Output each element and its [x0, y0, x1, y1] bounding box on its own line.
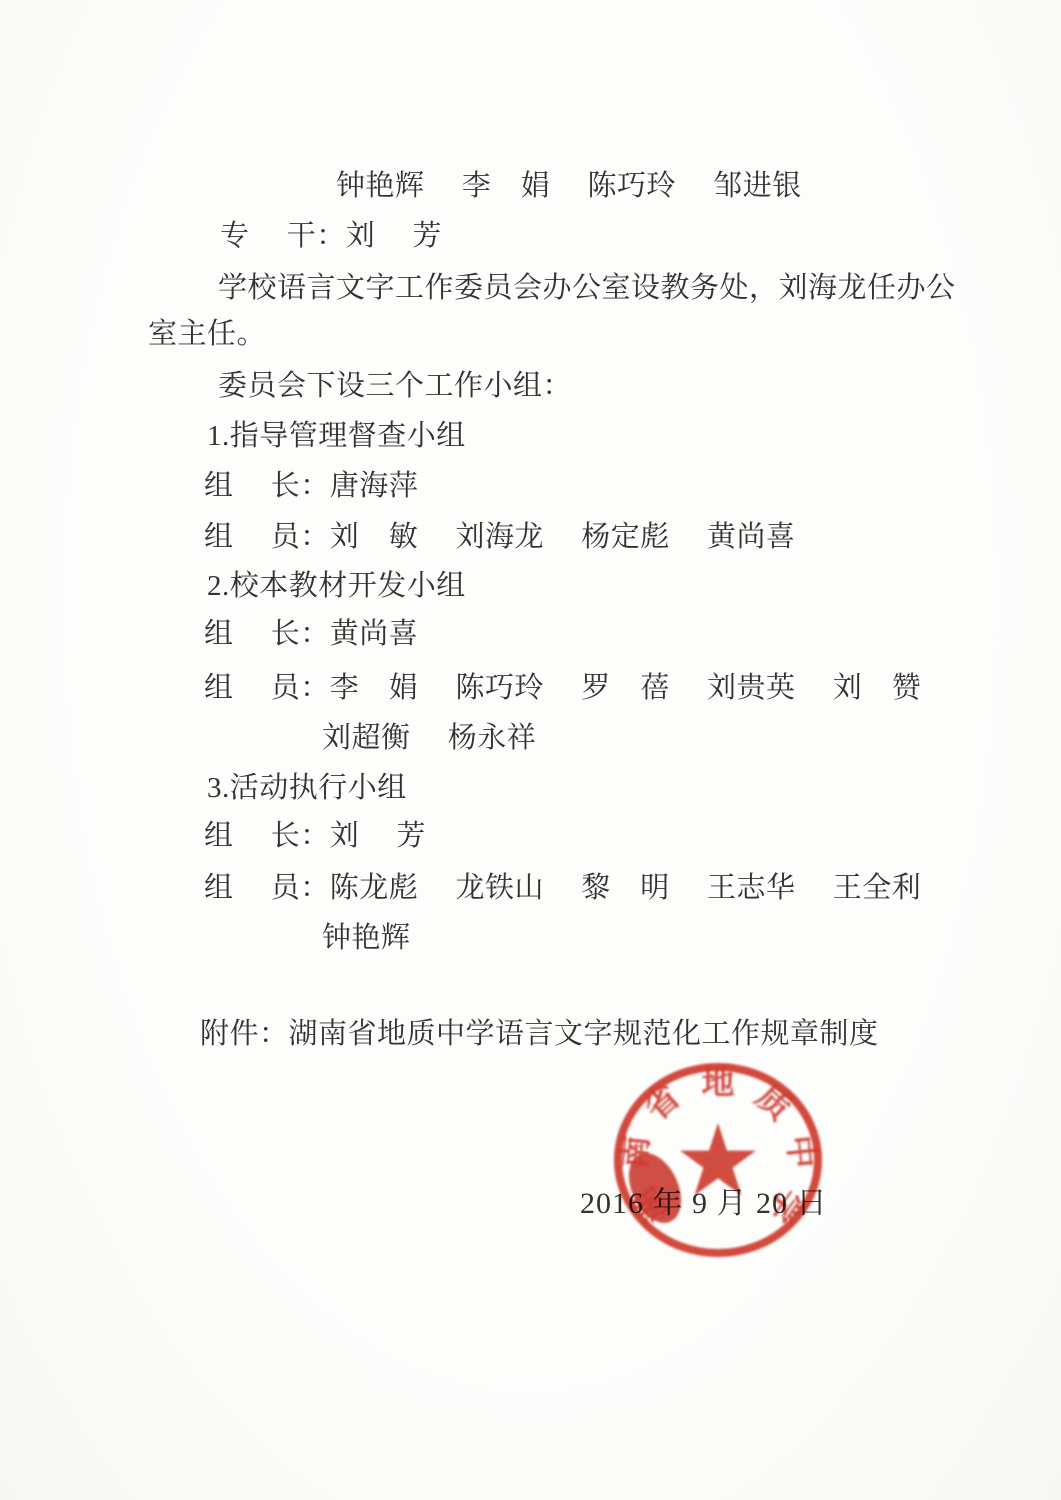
group1-leader: 组 长：唐海萍: [204, 470, 418, 503]
seal-graphic: 湖 南 省 地 质 中 学: [610, 1058, 826, 1264]
official-seal-stamp: 湖 南 省 地 质 中 学: [610, 1058, 826, 1264]
member-names-continued: 钟艳辉 李 娟 陈巧玲 邹进银: [336, 170, 802, 203]
seal-char: 省: [638, 1078, 687, 1128]
seal-char: 地: [702, 1065, 735, 1102]
group3-members-line1: 组 员：陈龙彪 龙铁山 黎 明 王志华 王全利: [204, 872, 921, 905]
group3-leader: 组 长：刘 芳: [204, 820, 426, 853]
attachment-line: 附件：湖南省地质中学语言文字规范化工作规章制度: [200, 1018, 879, 1051]
scanned-document-page: 钟艳辉 李 娟 陈巧玲 邹进银 专 干：刘 芳 学校语言文字工作委员会办公室设教…: [0, 0, 1061, 1500]
seal-char: 质: [749, 1078, 798, 1128]
office-paragraph-line2: 室主任。: [148, 318, 266, 351]
group1-members: 组 员：刘 敏 刘海龙 杨定彪 黄尚喜: [204, 521, 796, 554]
seal-char: 中: [780, 1134, 820, 1171]
office-paragraph-line1: 学校语言文字工作委员会办公室设教务处，刘海龙任办公: [218, 272, 956, 305]
group3-members-line2: 钟艳辉: [322, 922, 411, 955]
group1-title: 1.指导管理督查小组: [207, 420, 466, 453]
group2-members-line1: 组 员：李 娟 陈巧玲 罗 蓓 刘贵英 刘 赞: [204, 672, 921, 705]
seal-char: 南: [616, 1134, 656, 1171]
group3-title: 3.活动执行小组: [207, 772, 407, 805]
zhuangan-line: 专 干：刘 芳: [220, 220, 442, 253]
star-icon: [680, 1123, 756, 1195]
group2-members-line2: 刘超衡 杨永祥: [322, 722, 536, 755]
seal-char: 学: [760, 1181, 809, 1229]
groups-intro-line: 委员会下设三个工作小组：: [218, 370, 572, 403]
group2-title: 2.校本教材开发小组: [207, 570, 466, 603]
group2-leader: 组 长：黄尚喜: [204, 618, 418, 651]
